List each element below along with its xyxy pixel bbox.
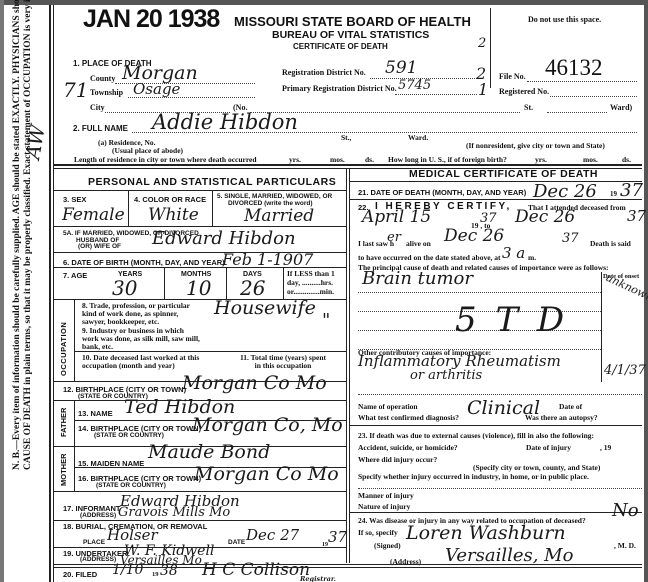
file-number-line [527,81,637,82]
side-note-line1: N. B.—Every item of information should b… [12,0,23,470]
occurred-time-value[interactable]: 3 a [502,244,525,262]
trade-label: 8. Trade, profession, or particular kind… [82,302,202,326]
form-border-left-inner [53,5,54,582]
filed-year-value[interactable]: 38 [160,563,178,579]
primary-district-value[interactable]: 5745 [398,78,431,93]
mother-side-label: MOTHER [59,454,68,487]
death-said-label: Death is said [590,239,631,248]
color-value[interactable]: White [148,205,199,225]
age-months-value[interactable]: 10 [186,276,211,300]
mother-birthplace-value[interactable]: Morgan Co Mo [194,463,339,485]
occurred-at-label: to have occurred on the date stated abov… [358,253,501,262]
spouse-wife-label: (OR) WIFE OF [78,243,121,250]
accident-label: Accident, suicide, or homicide? [358,443,458,452]
bottom-rule-inner [54,567,642,568]
signed-label: (Signed) [374,541,401,550]
last-saw-year[interactable]: 37 [562,231,579,246]
rule [54,190,346,191]
city-label: City [90,103,105,112]
less-than-label: If LESS than 1 [287,269,335,278]
injury-date-label: Date of injury [526,443,571,452]
external-causes-label: 23. If death was due to external causes … [358,431,594,440]
medical-section-title: MEDICAL CERTIFICATE OF DEATH [409,168,598,180]
registered-number-line [550,96,637,97]
rule [350,425,642,426]
attended-from-year[interactable]: 37 [480,211,497,226]
spouse-value[interactable]: Edward Hibdon [152,228,296,249]
county-code: 71 [63,78,88,102]
mother-birthplace-sub: (STATE OR COUNTRY) [96,482,166,489]
md-label: , M. D. [614,541,636,550]
if-so-specify-label: If so, specify [358,528,398,537]
primary-district-line [395,94,477,95]
mother-name-value[interactable]: Maude Bond [148,441,270,463]
operation-label: Name of operation [358,402,418,411]
attended-to-value[interactable]: Dec 26 [515,207,575,227]
burial-date-label: DATE [228,539,245,546]
contributory-onset[interactable]: 4/1/37 [604,363,646,378]
manner-injury-label: Manner of injury [358,491,414,500]
where-injury-sub-label: (Specify city or town, county, and State… [473,463,600,472]
section-rule [54,164,642,166]
onset-divider [601,272,602,382]
physician-signature[interactable]: Loren Washburn [406,522,566,544]
registered-number-label: Registered No. [499,87,549,96]
nature-injury-label: Nature of injury [358,502,410,511]
filed-year-prefix: 19 [152,571,159,578]
form-border-left [49,5,51,582]
industry-label: 9. Industry or business in which work wa… [82,327,202,351]
received-stamp: JAN 20 1938 [83,5,219,34]
registration-district-label: Registration District No. [282,68,366,77]
foreign-birth-label: How long in U. S., if of foreign birth? [388,155,507,164]
length-yrs-label: yrs. [289,155,301,164]
sex-label: 3. SEX [63,195,86,204]
rule [54,520,346,521]
total-time-label: 11. Total time (years) spent in this occ… [238,354,328,370]
informant-address-label: (ADDRESS) [80,512,116,519]
county-label: County [90,74,115,83]
occurred-m-label: m. [528,253,536,262]
father-side-label: FATHER [59,408,68,437]
file-number-value[interactable]: 46132 [545,55,603,81]
header-divider [490,8,491,88]
injury-year-prefix: , 19 [600,443,611,452]
full-name-label: 2. FULL NAME [73,124,128,133]
physician-address-value[interactable]: Versailles, Mo [445,545,573,566]
registrar-signature[interactable]: H C Collison [202,560,310,580]
occupation-side-label: OCCUPATION [59,322,68,376]
divider [128,190,129,226]
board-title: MISSOURI STATE BOARD OF HEALTH [234,14,471,29]
attended-from-value[interactable]: April 15 [362,207,431,227]
alive-on-label: alive on [406,239,431,248]
margin-mark-1: 2 [478,36,486,51]
length-ds-label: ds. [365,155,374,164]
registrar-label: Registrar. [300,575,336,582]
certificate-title: CERTIFICATE OF DEATH [293,42,388,51]
residence-ward-label: Ward. [408,133,428,142]
length-residence-label: Length of residence in city or town wher… [74,155,257,164]
rule [54,226,346,227]
scan-border-left [0,0,4,582]
dob-label: 6. DATE OF BIRTH (MONTH, DAY, AND YEAR) [63,258,225,267]
cause-code-mark: 5 T D [455,300,568,340]
divider [74,299,75,381]
rule [74,351,346,352]
age-years-value[interactable]: 30 [112,276,137,300]
township-label: Township [90,88,123,97]
residence-st-label: St., [341,133,351,142]
nonresident-label: (If nonresident, give city or town and S… [466,141,605,150]
father-birthplace-sub: (STATE OR COUNTRY) [94,432,164,439]
divider [283,267,284,299]
foreign-ds-label: ds. [622,155,631,164]
side-note-line2: CAUSE OF DEATH in plain terms, so that i… [23,0,34,470]
date-of-death-label: 21. DATE OF DEATH (MONTH, DAY, AND YEAR) [358,188,526,197]
center-divider [346,168,347,563]
industry-value[interactable]: " [322,310,330,331]
divider [74,400,75,446]
rule [350,512,642,513]
informant-address-value[interactable]: Gravois Mills Mo [118,505,230,520]
side-note: N. B.—Every item of information should b… [12,0,34,470]
length-mos-label: mos. [330,155,345,164]
divider [226,267,227,299]
st-label: St. [524,103,533,112]
personal-section-title: PERSONAL AND STATISTICAL PARTICULARS [88,176,336,188]
specify-injury-label: Specify whether injury occurred in indus… [358,472,589,481]
rule [350,199,642,200]
operation-date-label: Date of [559,402,582,411]
age-label: 7. AGE [63,271,87,280]
divider [74,446,75,491]
filed-label: 20. FILED [63,570,97,579]
foreign-yrs-label: yrs. [535,155,547,164]
ward-label: Ward) [610,103,632,112]
burial-place-value[interactable]: Holser [107,526,158,544]
autopsy-label: Was there an autopsy? [525,413,598,422]
last-saw-date[interactable]: Dec 26 [444,226,504,246]
rule [350,181,642,182]
contributory-value-2[interactable]: or arthritis [410,368,482,383]
side-initials: AW [20,123,50,161]
test-label: What test confirmed diagnosis? [358,413,459,422]
date-of-death-year[interactable]: 37 [620,180,643,201]
father-birthplace-value[interactable]: Morgan Co, Mo [192,414,343,436]
township-value[interactable]: Osage [133,80,180,98]
cause-line [358,394,642,395]
st-line [547,112,607,113]
burial-place-label: PLACE [83,539,105,546]
file-number-label: File No. [499,72,526,81]
where-injury-label: Where did injury occur? [358,455,437,464]
less-day-label: day, ..........hrs. [287,278,333,287]
bottom-rule [54,564,642,565]
rule [54,267,346,268]
marital-label: 5. SINGLE, MARRIED, WIDOWED, OR [217,193,332,200]
date-of-death-year-prefix: 19 [610,190,617,198]
center-divider-inner [349,168,350,563]
principal-cause-value[interactable]: Brain tumor [362,268,473,289]
occupation-related-value[interactable]: No [612,500,639,521]
full-name-value[interactable]: Addie Hibdon [152,110,298,134]
divider [212,190,213,226]
less-or-label: or..............min. [287,287,334,296]
trade-value[interactable]: Housewife [214,297,316,319]
sex-value[interactable]: Female [62,205,125,225]
undertaker-address-label: (ADDRESS) [80,556,116,563]
burial-year-value[interactable]: 37 [328,528,347,546]
registration-district-value[interactable]: 591 [385,58,417,78]
cause-line [358,292,601,293]
burial-date-value[interactable]: Dec 27 [246,526,299,544]
father-name-label: 13. NAME [78,409,113,418]
last-saw-pronoun[interactable]: er [387,230,401,245]
color-label: 4. COLOR OR RACE [134,195,206,204]
last-worked-label: 10. Date deceased last worked at this oc… [82,354,202,370]
divider [164,267,165,299]
birthplace-value[interactable]: Morgan Co Mo [182,372,327,394]
marital-value[interactable]: Married [244,206,314,226]
margin-mark-3: 1 [478,80,488,99]
bureau-title: BUREAU OF VITAL STATISTICS [272,29,429,41]
primary-district-label: Primary Registration District No. [282,84,397,93]
injury-line [358,488,642,489]
attended-to-year[interactable]: 37 [627,207,646,225]
do-not-use-note: Do not use this space. [528,15,601,24]
foreign-mos-label: mos. [583,155,598,164]
residence-sub-label: (Usual place of abode) [112,146,183,155]
